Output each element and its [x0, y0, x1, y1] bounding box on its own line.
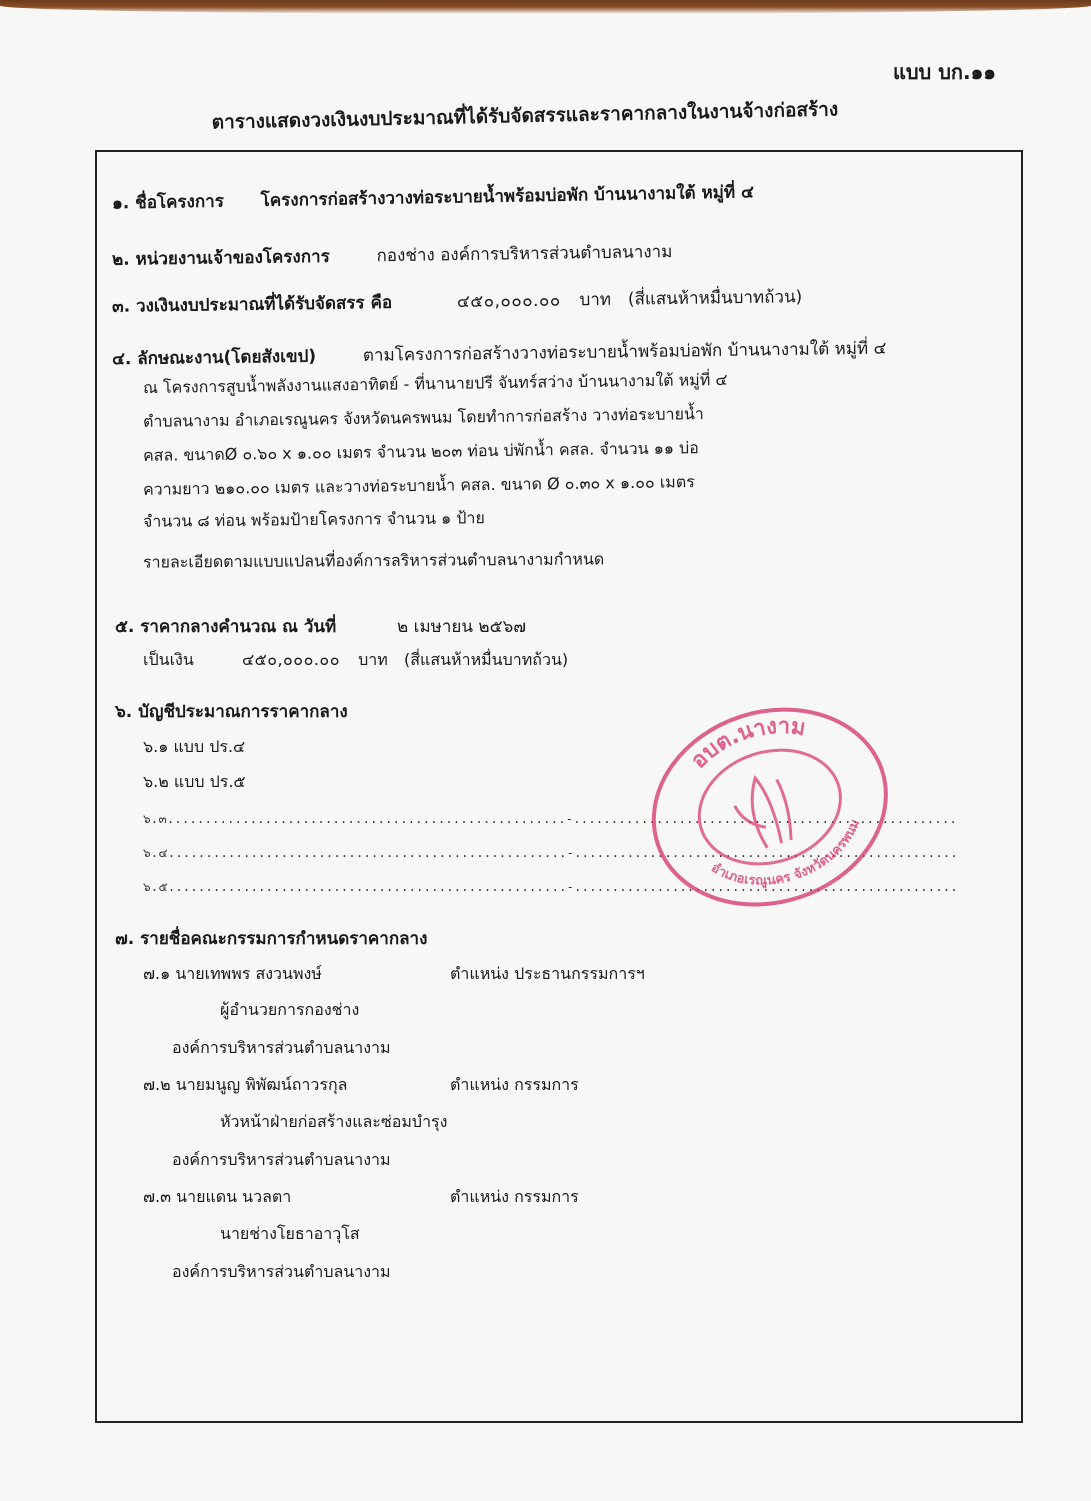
median-price-amount: ๔๕๐,๐๐๐.๐๐ [242, 650, 340, 669]
committee-member-2-name: ๗.๒ นายมนูญ พิพัฒน์ถาวรกุล [143, 1073, 347, 1098]
work-description-line-1: ตามโครงการก่อสร้างวางท่อระบายน้ำพร้อมบ่อ… [363, 339, 887, 366]
budget-unit: บาท [579, 290, 611, 310]
median-price-text: (สี่แสนห้าหมื่นบาทถ้วน) [404, 650, 568, 669]
project-owner: กองช่าง องค์การบริหารส่วนตำบลนางาม [376, 242, 672, 266]
section-4-label: ๔. ลักษณะงาน(โดยสังเขป) [112, 347, 316, 370]
section-5-label: ๕. ราคากลางคำนวณ ณ วันที่ [115, 617, 336, 637]
work-description-line-6: จำนวน ๘ ท่อน พร้อมป้ายโครงการ จำนวน ๑ ป้… [143, 506, 485, 535]
document-title: ตารางแสดงวงเงินงบประมาณที่ได้รับจัดสรรแล… [190, 94, 860, 138]
section-5-amount: เป็นเงิน ๔๕๐,๐๐๐.๐๐ บาท (สี่แสนห้าหมื่นบ… [143, 648, 568, 673]
detail-note: รายละเอียดตามแบบแปลนที่องค์การลริหารส่วน… [143, 547, 604, 575]
section-2-label: ๒. หน่วยงานเจ้าของโครงการ [112, 247, 330, 270]
committee-member-3-title: นายช่างโยธาอาวุโส [220, 1222, 360, 1247]
budget-amount: ๔๕๐,๐๐๐.๐๐ [457, 291, 561, 312]
estimate-item-1: ๖.๑ แบบ ปร.๔ [143, 735, 245, 760]
estimate-item-2: ๖.๒ แบบ ปร.๕ [143, 770, 246, 795]
page-top-edge-shadow [0, 0, 1091, 14]
section-5: ๕. ราคากลางคำนวณ ณ วันที่ ๒ เมษายน ๒๕๖๗ [115, 613, 526, 640]
committee-member-1-position: ตำแหน่ง ประธานกรรมการฯ [450, 962, 645, 987]
budget-amount-text: (สี่แสนห้าหมื่นบาทถ้วน) [628, 287, 803, 309]
section-6-label: ๖. บัญชีประมาณการราคากลาง [115, 698, 348, 725]
form-code: แบบ บก.๑๑ [893, 56, 996, 88]
section-7-label: ๗. รายชื่อคณะกรรมการกำหนดราคากลาง [115, 925, 427, 952]
median-price-unit: บาท [358, 650, 388, 669]
committee-member-3-position: ตำแหน่ง กรรมการ [450, 1185, 579, 1210]
committee-member-3-org: องค์การบริหารส่วนตำบลนางาม [172, 1260, 391, 1285]
committee-member-1-org: องค์การบริหารส่วนตำบลนางาม [172, 1036, 391, 1061]
committee-member-1-title: ผู้อำนวยการกองช่าง [220, 998, 359, 1023]
committee-member-3-name: ๗.๓ นายแดน นวลตา [143, 1185, 291, 1210]
committee-member-2-org: องค์การบริหารส่วนตำบลนางาม [172, 1148, 391, 1173]
committee-member-2-title: หัวหน้าฝ่ายก่อสร้างและซ่อมบำรุง [220, 1110, 447, 1135]
calculation-date: ๒ เมษายน ๒๕๖๗ [397, 617, 526, 637]
amount-label: เป็นเงิน [143, 650, 194, 669]
section-3-label: ๓. วงเงินงบประมาณที่ได้รับจัดสรร คือ [112, 293, 392, 317]
committee-member-1-name: ๗.๑ นายเทพพร สงวนพงษ์ [143, 962, 322, 987]
section-1-label: ๑. ชื่อโครงการ [112, 192, 224, 214]
committee-member-2-position: ตำแหน่ง กรรมการ [450, 1073, 579, 1098]
